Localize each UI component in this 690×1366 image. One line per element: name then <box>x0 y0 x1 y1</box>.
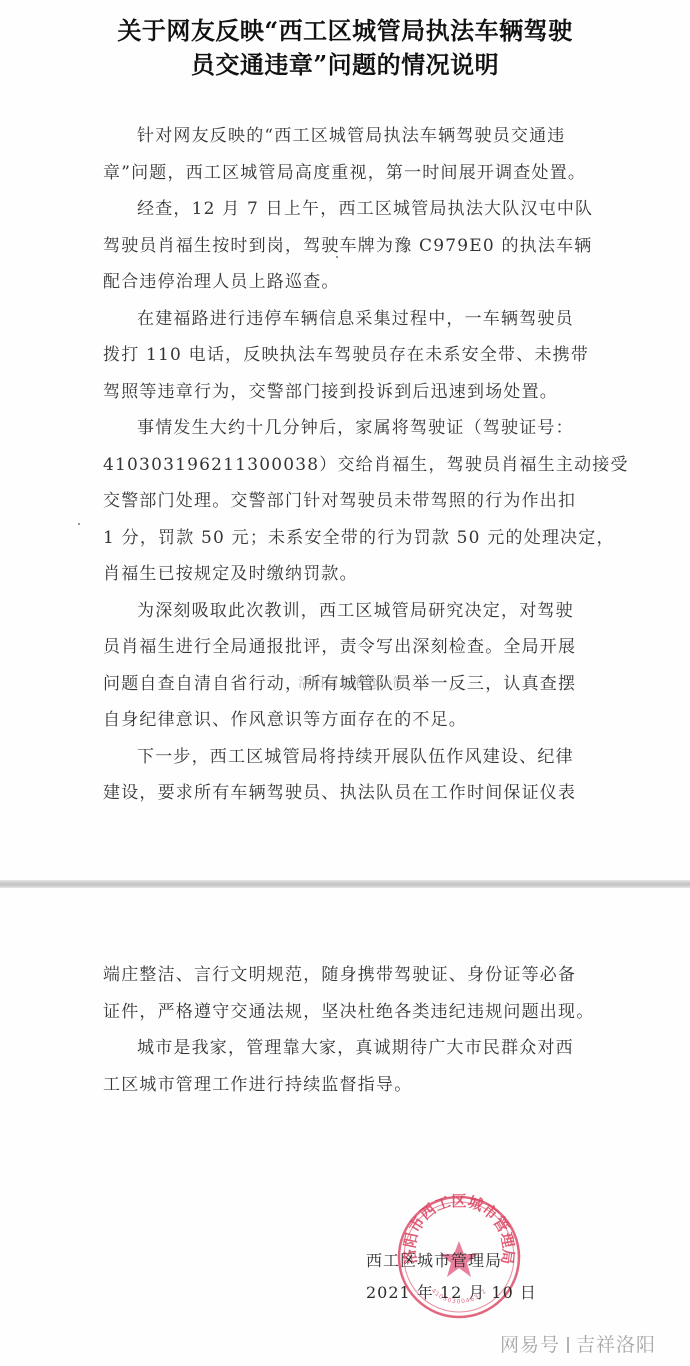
signature-date: 2021 年 12 月 10 日 <box>366 1280 537 1303</box>
account-name: 吉祥洛阳 <box>576 1334 656 1356</box>
text-line: 章”问题，西工区城管局高度重视，第一时间展开调查处置。 <box>103 155 573 192</box>
page1-body: 针对网友反映的“西工区城管局执法车辆驾驶员交通违章”问题，西工区城管局高度重视，… <box>103 118 573 812</box>
source-watermark: 洛阳信息港@小简 <box>298 672 406 691</box>
text-line: 驾驶员肖福生按时到岗，驾驶车牌为豫 C979E0 的执法车辆 <box>103 228 573 265</box>
title-line-1: 关于网友反映“西工区城管局执法车辆驾驶 <box>0 14 690 48</box>
text-line: 驾照等违章行为，交警部门接到投诉到后迅速到场处置。 <box>103 374 573 411</box>
text-line: 下一步，西工区城管局将持续开展队伍作风建设、纪律 <box>103 739 573 776</box>
text-line: 为深刻吸取此次教训，西工区城管局研究决定，对驾驶 <box>103 593 573 630</box>
page2-body: 端庄整洁、言行文明规范，随身携带驾驶证、身份证等必备证件，严格遵守交通法规，坚决… <box>103 957 573 1103</box>
text-line: 交警部门处理。交警部门针对驾驶员未带驾照的行为作出扣 <box>103 483 573 520</box>
text-line: 端庄整洁、言行文明规范，随身携带驾驶证、身份证等必备 <box>103 957 573 994</box>
page-divider <box>0 880 690 888</box>
text-line: 在建福路进行违停车辆信息采集过程中，一车辆驾驶员 <box>103 301 573 338</box>
text-line: 拨打 110 电话，反映执法车驾驶员存在未系安全带、未携带 <box>103 337 573 374</box>
document-title: 关于网友反映“西工区城管局执法车辆驾驶 员交通违章”问题的情况说明 <box>0 14 690 82</box>
text-line: 经查，12 月 7 日上午，西工区城管局执法大队汉屯中队 <box>103 191 573 228</box>
text-line: 证件，严格遵守交通法规，坚决杜绝各类违纪违规问题出现。 <box>103 994 573 1031</box>
text-line: 肖福生已按规定及时缴纳罚款。 <box>103 556 573 593</box>
text-line: 自身纪律意识、作风意识等方面存在的不足。 <box>103 702 573 739</box>
text-line: 工区城市管理工作进行持续监督指导。 <box>103 1067 573 1104</box>
scan-speck <box>78 523 80 525</box>
brand-watermark: 网易号吉祥洛阳 <box>500 1330 656 1357</box>
text-line: 事情发生大约十几分钟后，家属将驾驶证（驾驶证号： <box>103 410 573 447</box>
text-line: 员肖福生进行全局通报批评，责令写出深刻检查。全局开展 <box>103 629 573 666</box>
signature-organization: 西工区城市管理局 <box>366 1248 502 1271</box>
text-line: 城市是我家，管理靠大家，真诚期待广大市民群众对西 <box>103 1030 573 1067</box>
text-line: 1 分，罚款 50 元；未系安全带的行为罚款 50 元的处理决定， <box>103 520 573 557</box>
scan-speck <box>336 256 338 258</box>
title-line-2: 员交通违章”问题的情况说明 <box>0 48 690 82</box>
text-line: 配合违停治理人员上路巡查。 <box>103 264 573 301</box>
text-line: 410303196211300038）交给肖福生，驾驶员肖福生主动接受 <box>103 447 573 484</box>
netease-logo-text: 网易号 <box>500 1334 560 1356</box>
text-line: 建设，要求所有车辆驾驶员、执法队员在工作时间保证仪表 <box>103 775 573 812</box>
text-line: 针对网友反映的“西工区城管局执法车辆驾驶员交通违 <box>103 118 573 155</box>
watermark-separator <box>567 1337 569 1353</box>
